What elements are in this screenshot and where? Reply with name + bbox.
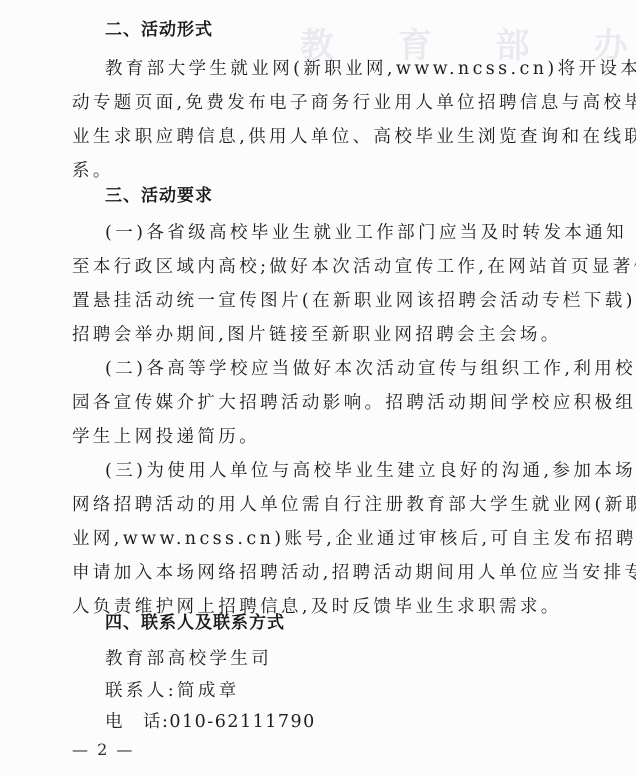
- contact-phone: 电 话:010-62111790: [105, 711, 556, 733]
- paragraph-line: (三)为使用人单位与高校毕业生建立良好的沟通,参加本场: [105, 460, 556, 482]
- section-heading-4: 四、联系人及联系方式: [105, 612, 285, 634]
- paragraph-line: 学生上网投递简历。: [72, 426, 556, 448]
- document-page: 教 育 部 办 公 厅 二、活动形式 教育部大学生就业网(新职业网,www.nc…: [0, 0, 636, 776]
- paragraph-line: 园各宣传媒介扩大招聘活动影响。招聘活动期间学校应积极组织: [72, 392, 556, 414]
- paragraph-line: 业生求职应聘信息,供用人单位、高校毕业生浏览查询和在线联: [72, 126, 556, 148]
- page-number: — 2 —: [72, 740, 134, 759]
- paragraph-line: (二)各高等学校应当做好本次活动宣传与组织工作,利用校: [105, 358, 556, 380]
- contact-organization: 教育部高校学生司: [105, 648, 556, 670]
- paragraph-line: (一)各省级高校毕业生就业工作部门应当及时转发本通知: [105, 222, 556, 244]
- paragraph-line: 动专题页面,免费发布电子商务行业用人单位招聘信息与高校毕: [72, 92, 556, 114]
- paragraph-line: 置悬挂活动统一宣传图片(在新职业网该招聘会活动专栏下载),: [72, 290, 556, 312]
- paragraph-line: 招聘会举办期间,图片链接至新职业网招聘会主会场。: [72, 324, 556, 346]
- paragraph-line: 业网,www.ncss.cn)账号,企业通过审核后,可自主发布招聘信息并: [72, 528, 556, 550]
- paragraph-line: 申请加入本场网络招聘活动,招聘活动期间用人单位应当安排专: [72, 562, 556, 584]
- paragraph-line: 系。: [72, 160, 556, 182]
- paragraph-line: 教育部大学生就业网(新职业网,www.ncss.cn)将开设本次活: [105, 58, 556, 80]
- section-heading-2: 二、活动形式: [105, 19, 213, 41]
- section-heading-3: 三、活动要求: [105, 185, 213, 207]
- contact-person: 联系人:简成章: [105, 680, 556, 702]
- paragraph-line: 至本行政区域内高校;做好本次活动宣传工作,在网站首页显著位: [72, 256, 556, 278]
- paragraph-line: 网络招聘活动的用人单位需自行注册教育部大学生就业网(新职: [72, 494, 556, 516]
